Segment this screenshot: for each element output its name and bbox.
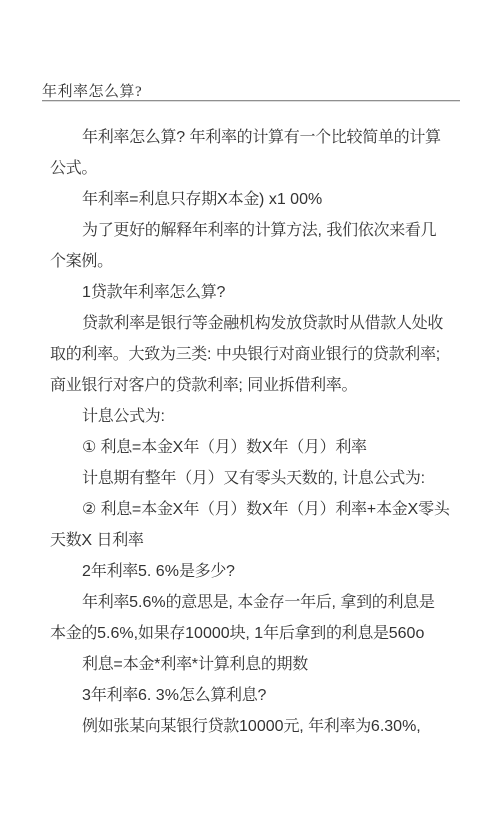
- paragraph: 贷款利率是银行等金融机构发放贷款时从借款人处收取的利率。大致为三类: 中央银行对…: [50, 308, 458, 401]
- latin-text-run: :: [161, 408, 165, 425]
- text-line: 年利率怎么算? 年利率的计算有一个比较简单的计算: [50, 122, 458, 153]
- text-line: 商业银行对客户的贷款利率; 同业拆借利率。: [50, 370, 458, 401]
- latin-text-run: 5.6%,: [97, 625, 138, 642]
- text-line: 年利率=利息只存期X本金) x1 00%: [50, 184, 458, 215]
- page-title: 年利率怎么算?: [42, 84, 142, 101]
- title-divider: [42, 100, 460, 101]
- latin-text-run: 2: [82, 563, 91, 580]
- text-line: 天数X 日利率: [50, 525, 458, 556]
- latin-text-run: ,: [331, 594, 340, 611]
- text-line: 年利率5.6%的意思是, 本金存一年后, 拿到的利息是: [50, 587, 458, 618]
- latin-text-run: X: [217, 191, 228, 208]
- text-line: 利息=本金*利率*计算利息的期数: [50, 649, 458, 680]
- latin-text-run: 6. 3%: [138, 687, 179, 704]
- latin-text-run: ,: [333, 470, 342, 487]
- latin-text-run: 5.6%: [129, 594, 165, 611]
- latin-text-run: X: [262, 439, 273, 456]
- text-line: 取的利率。大致为三类: 中央银行对商业银行的贷款利率;: [50, 339, 458, 370]
- text-line: 3年利率6. 3%怎么算利息?: [50, 680, 458, 711]
- latin-text-run: ?: [176, 129, 189, 146]
- latin-text-run: ) x1 00%: [259, 191, 322, 208]
- latin-text-run: X: [81, 532, 96, 549]
- document-body: 年利率怎么算? 年利率的计算有一个比较简单的计算公式。年利率=利息只存期X本金)…: [50, 122, 458, 742]
- paragraph: 例如张某向某银行贷款10000元, 年利率为6.30%,: [50, 711, 458, 742]
- text-line: 本金的5.6%,如果存10000块, 1年后拿到的利息是560o: [50, 618, 458, 649]
- latin-text-run: =: [132, 439, 141, 456]
- latin-text-run: ?: [226, 563, 235, 580]
- text-line: 计息公式为:: [50, 401, 458, 432]
- paragraph: 1贷款年利率怎么算?: [50, 277, 458, 308]
- paragraph: 年利率5.6%的意思是, 本金存一年后, 拿到的利息是本金的5.6%,如果存10…: [50, 587, 458, 649]
- latin-text-run: X: [173, 501, 184, 518]
- paragraph: ① 利息=本金X年（月）数X年（月）利率: [50, 432, 458, 463]
- latin-text-run: ,: [318, 222, 327, 239]
- paragraph: ② 利息=本金X年（月）数X年（月）利率+本金X零头天数X 日利率: [50, 494, 458, 556]
- latin-text-run: 10000: [185, 625, 230, 642]
- latin-text-run: *: [154, 656, 160, 673]
- latin-text-run: ?: [217, 284, 226, 301]
- latin-text-run: , 1: [245, 625, 263, 642]
- paragraph: 年利率=利息只存期X本金) x1 00%: [50, 184, 458, 215]
- latin-text-run: ,: [299, 718, 308, 735]
- paragraph: 计息公式为:: [50, 401, 458, 432]
- latin-text-run: =: [132, 501, 141, 518]
- paragraph: 计息期有整年（月）又有零头天数的, 计息公式为:: [50, 463, 458, 494]
- paragraph: 2年利率5. 6%是多少?: [50, 556, 458, 587]
- paragraph: 年利率怎么算? 年利率的计算有一个比较简单的计算公式。: [50, 122, 458, 184]
- latin-text-run: 1: [82, 284, 91, 301]
- latin-text-run: X: [407, 501, 418, 518]
- text-line: 公式。: [50, 153, 458, 184]
- latin-text-run: :: [207, 346, 216, 363]
- text-line: ② 利息=本金X年（月）数X年（月）利率+本金X零头: [50, 494, 458, 525]
- latin-text-run: ,: [228, 594, 237, 611]
- paragraph: 为了更好的解释年利率的计算方法, 我们依次来看几个案例。: [50, 215, 458, 277]
- latin-text-run: ;: [238, 377, 247, 394]
- latin-text-run: X: [262, 501, 273, 518]
- text-line: 为了更好的解释年利率的计算方法, 我们依次来看几: [50, 215, 458, 246]
- text-line: 计息期有整年（月）又有零头天数的, 计息公式为:: [50, 463, 458, 494]
- text-line: 个案例。: [50, 246, 458, 277]
- paragraph: 3年利率6. 3%怎么算利息?: [50, 680, 458, 711]
- latin-text-run: 560o: [389, 625, 425, 642]
- latin-text-run: ?: [257, 687, 266, 704]
- latin-text-run: [96, 501, 100, 518]
- latin-text-run: [96, 439, 100, 456]
- text-line: 1贷款年利率怎么算?: [50, 277, 458, 308]
- text-line: ① 利息=本金X年（月）数X年（月）利率: [50, 432, 458, 463]
- paragraph: 利息=本金*利率*计算利息的期数: [50, 649, 458, 680]
- text-line: 2年利率5. 6%是多少?: [50, 556, 458, 587]
- latin-text-run: +: [367, 501, 376, 518]
- latin-text-run: 10000: [239, 718, 284, 735]
- latin-text-run: 3: [82, 687, 91, 704]
- latin-text-run: =: [129, 191, 138, 208]
- latin-text-run: ;: [436, 346, 440, 363]
- latin-text-run: X: [173, 439, 184, 456]
- document-page: 年利率怎么算? 年利率怎么算? 年利率的计算有一个比较简单的计算公式。年利率=利…: [0, 0, 500, 824]
- latin-text-run: :: [421, 470, 425, 487]
- text-line: 贷款利率是银行等金融机构发放贷款时从借款人处收: [50, 308, 458, 339]
- latin-text-run: *: [192, 656, 198, 673]
- latin-text-run: 6.30%,: [371, 718, 421, 735]
- latin-text-run: =: [113, 656, 122, 673]
- latin-text-run: 5. 6%: [138, 563, 179, 580]
- text-line: 例如张某向某银行贷款10000元, 年利率为6.30%,: [50, 711, 458, 742]
